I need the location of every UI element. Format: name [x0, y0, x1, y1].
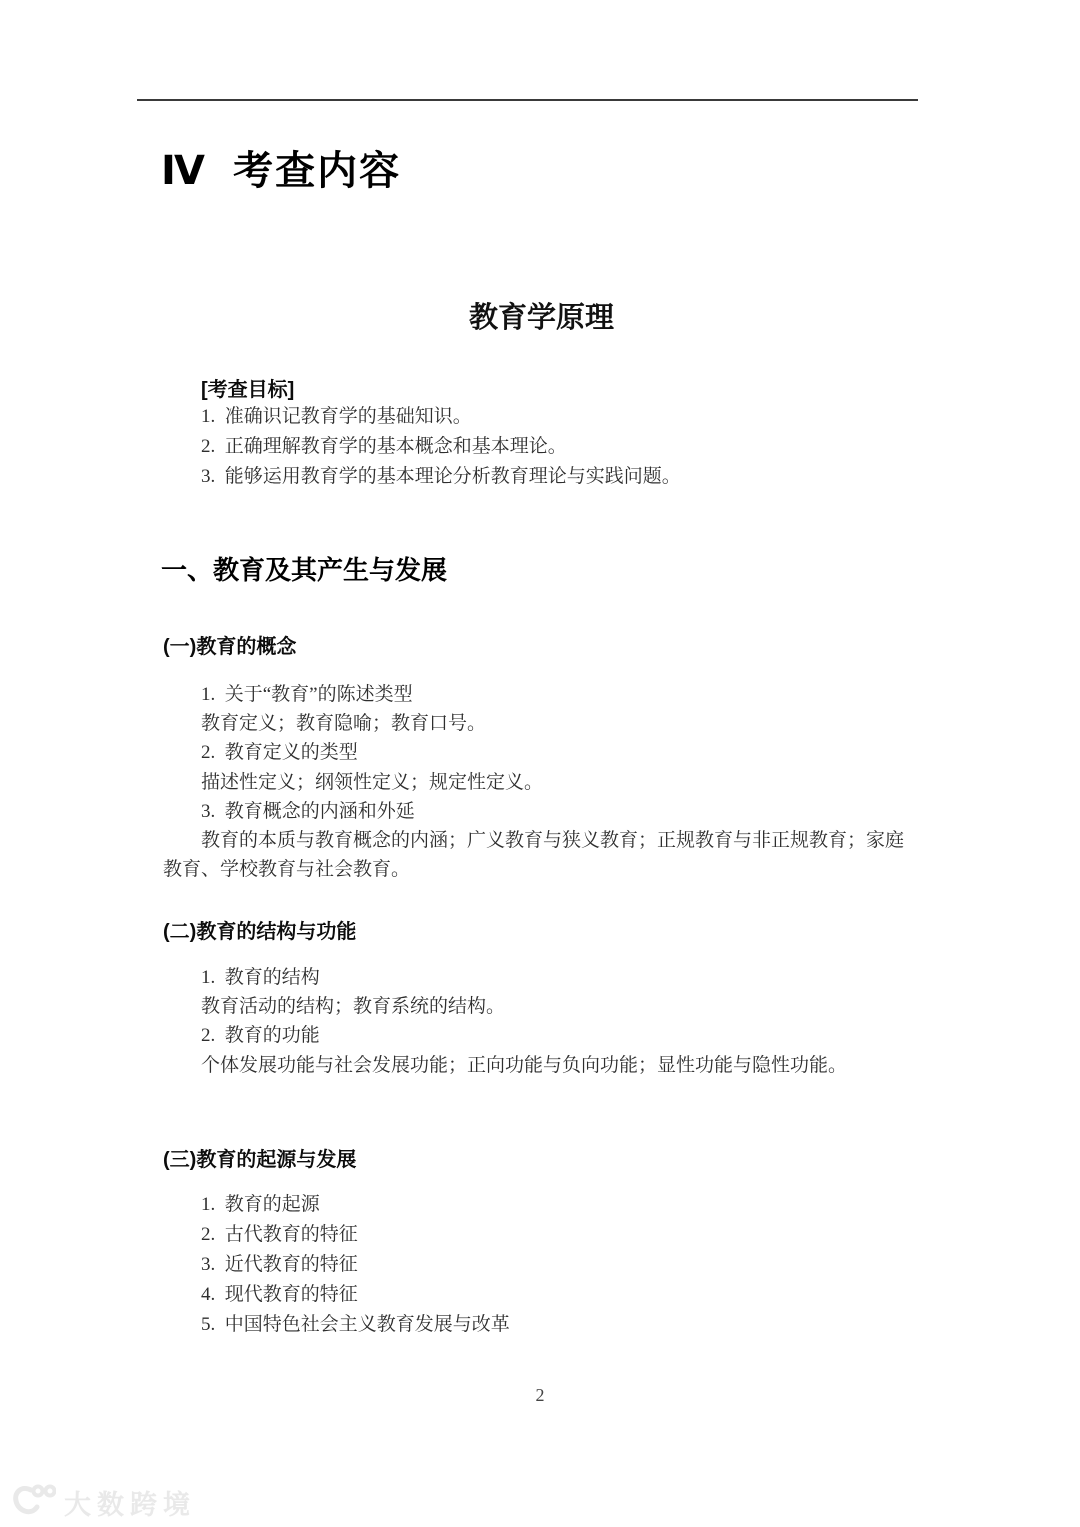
body-line: 描述性定义；纲领性定义；规定性定义。: [163, 768, 920, 797]
body-line: 2. 教育定义的类型: [163, 738, 920, 767]
body-line: 4. 现代教育的特征: [163, 1280, 920, 1310]
body-line: 3. 近代教育的特征: [163, 1250, 920, 1280]
watermark-text: 大数跨境: [64, 1483, 196, 1522]
subject-title: 教育学原理: [163, 302, 920, 334]
objectives-block: [考查目标] 1. 准确识记教育学的基础知识。 2. 正确理解教育学的基本概念和…: [201, 378, 920, 492]
subsection-body: 1. 教育的起源 2. 古代教育的特征 3. 近代教育的特征 4. 现代教育的特…: [163, 1190, 920, 1340]
subsection-title: (一)教育的概念: [163, 633, 296, 661]
body-line: 1. 教育的结构: [163, 963, 920, 992]
body-line: 1. 关于“教育”的陈述类型: [163, 680, 920, 709]
document-page: Ⅳ 考查内容 教育学原理 [考查目标] 1. 准确识记教育学的基础知识。 2. …: [0, 0, 1080, 1527]
header-rule: [137, 99, 918, 101]
chapter-title: Ⅳ 考查内容: [161, 148, 401, 194]
watermark: 大数跨境: [10, 1480, 196, 1525]
subsection-body: 1. 关于“教育”的陈述类型 教育定义；教育隐喻；教育口号。 2. 教育定义的类…: [163, 680, 920, 884]
body-paragraph: 教育的本质与教育概念的内涵；广义教育与狭义教育；正规教育与非正规教育；家庭教育、…: [163, 826, 920, 884]
objective-item: 1. 准确识记教育学的基础知识。: [201, 402, 920, 432]
body-line: 1. 教育的起源: [163, 1190, 920, 1220]
body-line: 个体发展功能与社会发展功能；正向功能与负向功能；显性功能与隐性功能。: [163, 1051, 920, 1080]
subsection-body: 1. 教育的结构 教育活动的结构；教育系统的结构。 2. 教育的功能 个体发展功…: [163, 963, 920, 1080]
body-line: 3. 教育概念的内涵和外延: [163, 797, 920, 826]
subsection-title: (二)教育的结构与功能: [163, 918, 356, 946]
body-line: 教育定义；教育隐喻；教育口号。: [163, 709, 920, 738]
page-number: 2: [0, 1384, 1080, 1406]
body-line: 2. 古代教育的特征: [163, 1220, 920, 1250]
objectives-label: [考查目标]: [201, 378, 920, 402]
watermark-logo-icon: [10, 1480, 56, 1525]
subsection-title: (三)教育的起源与发展: [163, 1146, 356, 1174]
body-line: 教育活动的结构；教育系统的结构。: [163, 992, 920, 1021]
objective-item: 3. 能够运用教育学的基本理论分析教育理论与实践问题。: [201, 462, 920, 492]
objective-item: 2. 正确理解教育学的基本概念和基本理论。: [201, 432, 920, 462]
body-line: 2. 教育的功能: [163, 1021, 920, 1050]
section-title: 一、教育及其产生与发展: [161, 553, 447, 587]
body-line: 5. 中国特色社会主义教育发展与改革: [163, 1310, 920, 1340]
